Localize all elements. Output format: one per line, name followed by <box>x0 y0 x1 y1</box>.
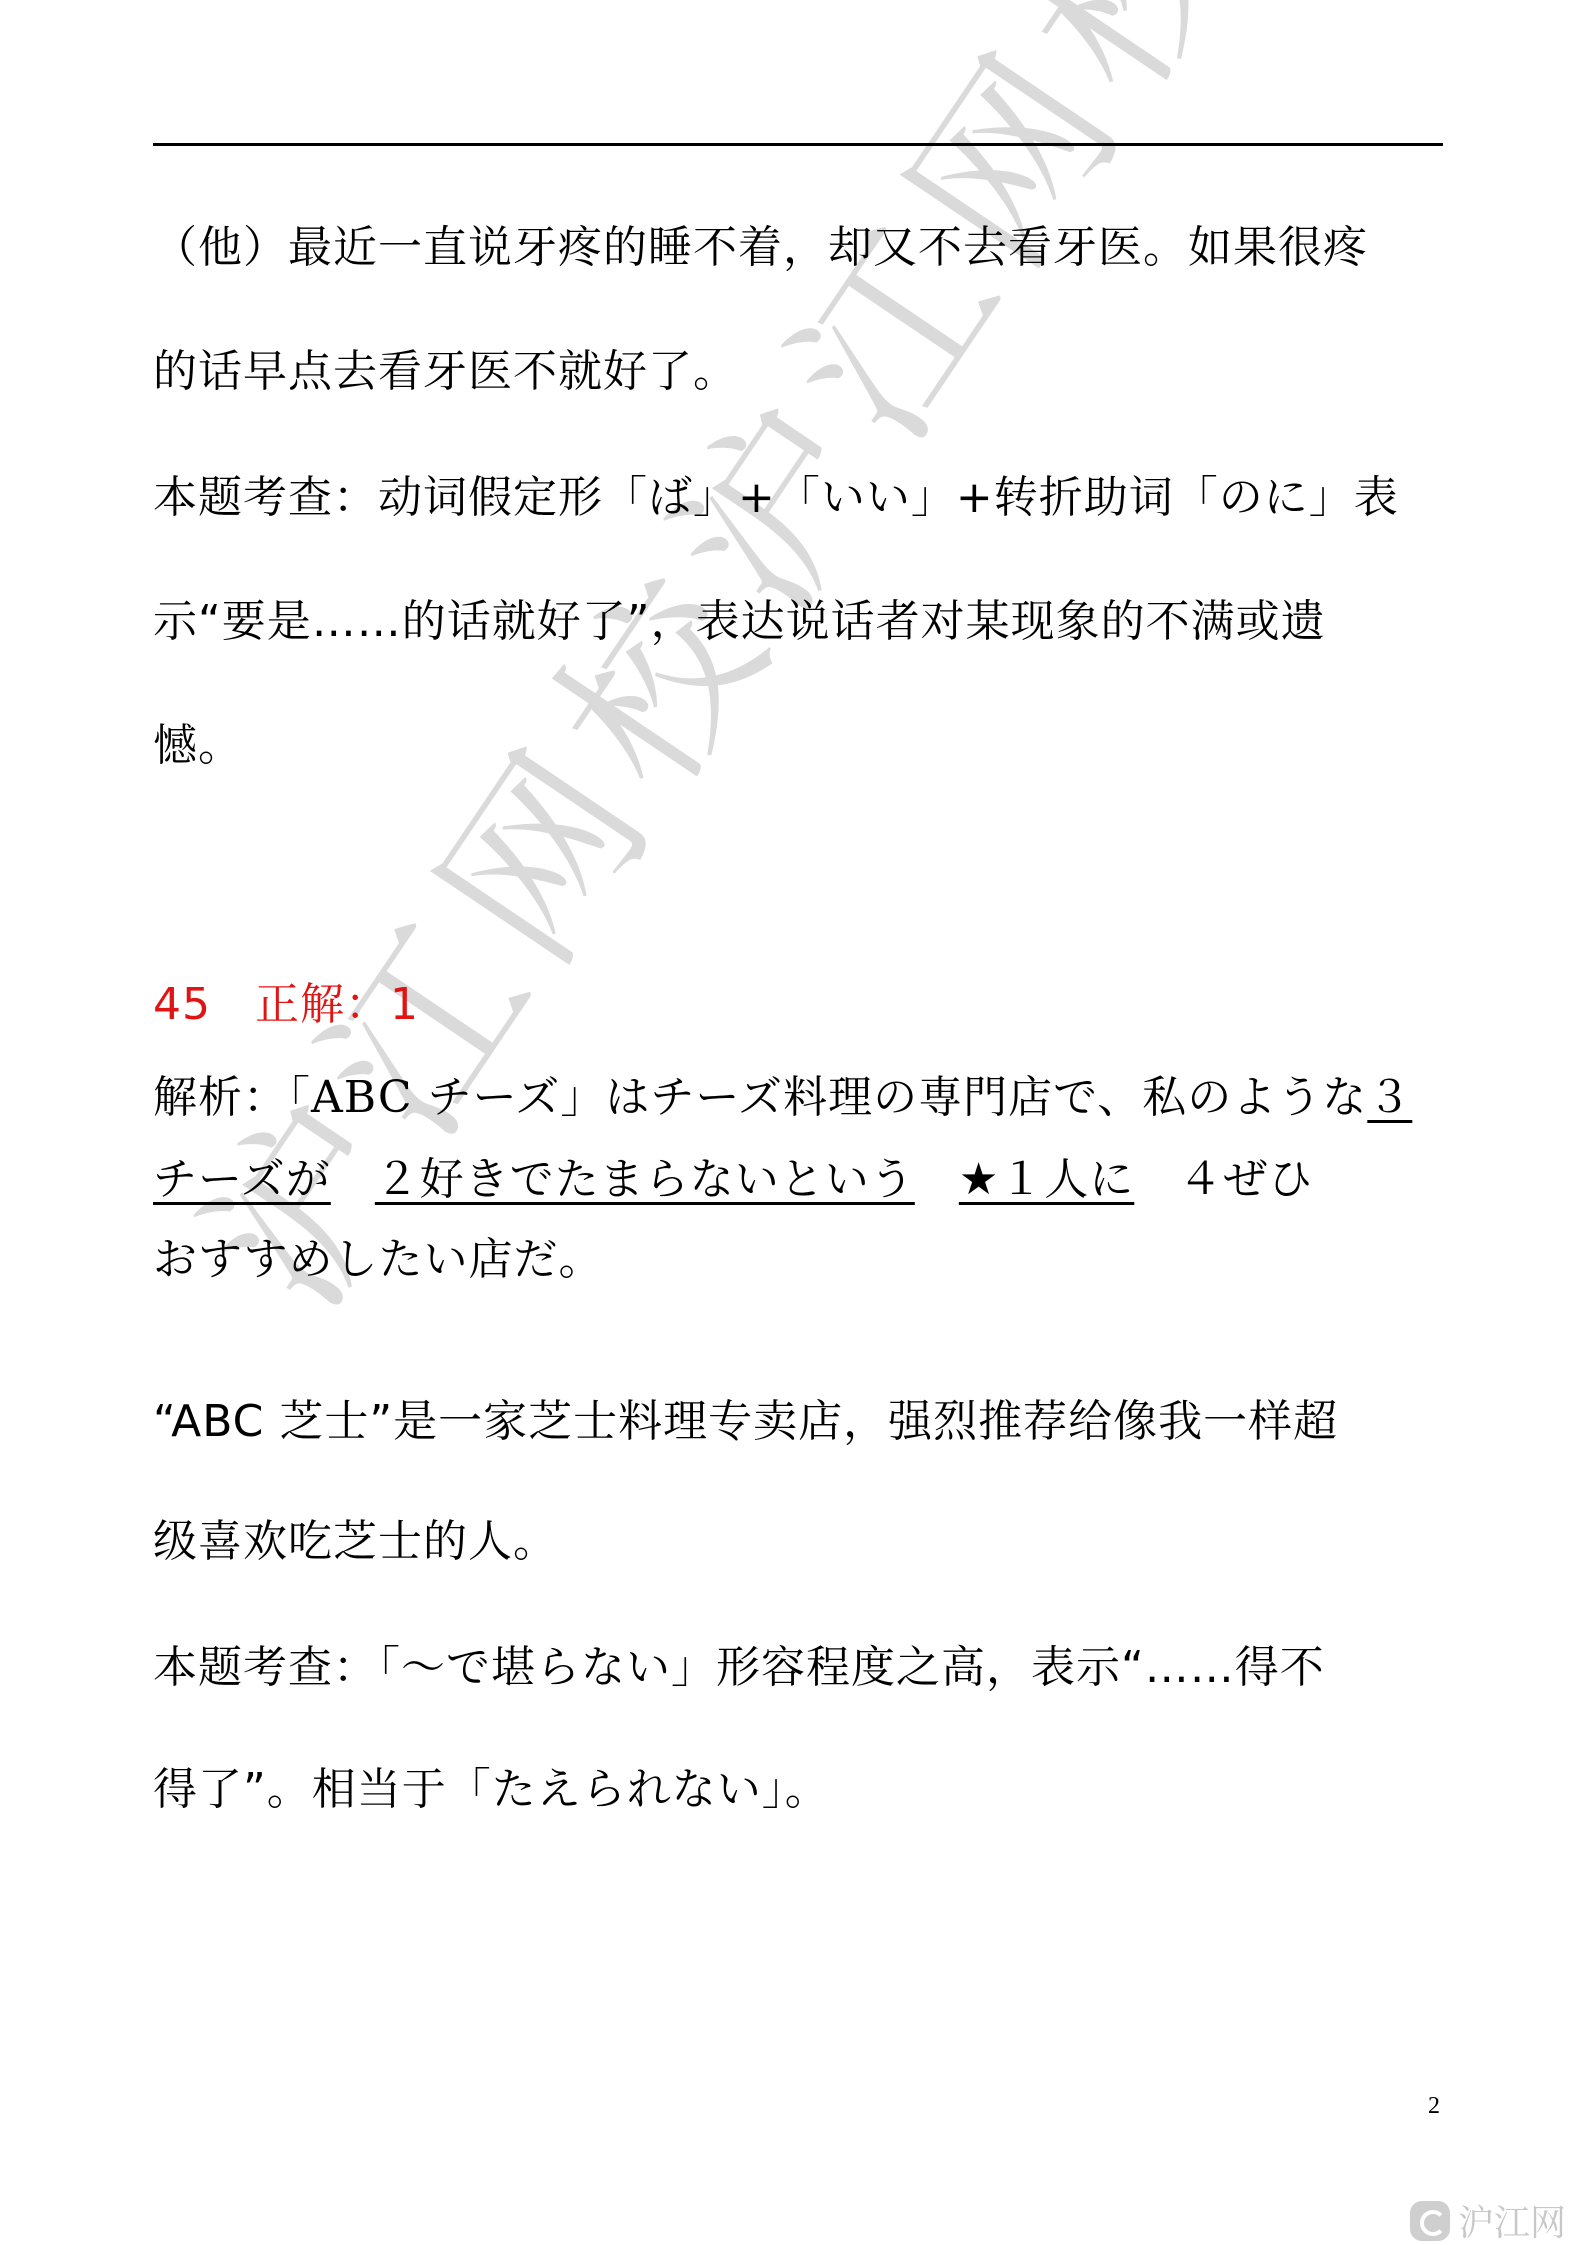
point-grammar: 「～で堪らない」 <box>378 1642 716 1693</box>
page-number: 2 <box>1428 2093 1440 2120</box>
point-45-line-1: 本题考查：「～で堪らない」形容程度之高，表示“……得不 <box>153 1638 1325 1698</box>
logo-icon <box>1410 2201 1450 2241</box>
analysis-line-2: チーズが２好きでたまらないという★１人に４ぜひ <box>153 1150 1313 1210</box>
blank-3: ３ <box>1367 1072 1412 1123</box>
point-text: 形容程度之高，表示“……得不 <box>716 1642 1325 1693</box>
point-44-line-1: 本题考查：动词假定形「ば」+「いい」+转折助词「のに」表 <box>153 468 1399 528</box>
analysis-label: 解析： <box>153 1072 288 1123</box>
site-logo: 沪江网 <box>1410 2195 1566 2245</box>
point-44-line-2: 示“要是……的话就好了”，表达说话者对某现象的不满或遗 <box>153 592 1326 652</box>
point-label: 本题考查： <box>153 1642 378 1693</box>
blank-star: ★１人に <box>959 1154 1134 1205</box>
point-45-line-2: 得了”。相当于「たえられない」。 <box>153 1760 830 1820</box>
translation-45-line-1: “ABC 芝士”是一家芝士料理专卖店，强烈推荐给像我一样超 <box>153 1392 1338 1452</box>
blank-3-continued: チーズが <box>153 1154 331 1205</box>
translation-45-line-2: 级喜欢吃芝士的人。 <box>153 1512 558 1572</box>
analysis-text: 「ABC チーズ」はチーズ料理の専門店で、私のような <box>288 1072 1367 1123</box>
translation-44-line-1: （他）最近一直说牙疼的睡不着，却又不去看牙医。如果很疼 <box>153 218 1368 278</box>
analysis-line-3: おすすめしたい店だ。 <box>153 1230 603 1290</box>
question-number: 45 <box>153 979 211 1030</box>
analysis-line-1: 解析：「ABC チーズ」はチーズ料理の専門店で、私のような３ <box>153 1068 1412 1128</box>
translation-44-line-2: 的话早点去看牙医不就好了。 <box>153 342 738 402</box>
header-divider <box>153 143 1443 146</box>
answer-heading-45: 45正解：1 <box>153 975 419 1035</box>
blank-2: ２好きでたまらないという <box>375 1154 915 1205</box>
logo-text: 沪江网 <box>1458 2195 1566 2245</box>
answer-label: 正解：1 <box>255 979 419 1030</box>
blank-4: ４ぜひ <box>1178 1154 1313 1205</box>
point-44-line-3: 憾。 <box>153 716 243 776</box>
